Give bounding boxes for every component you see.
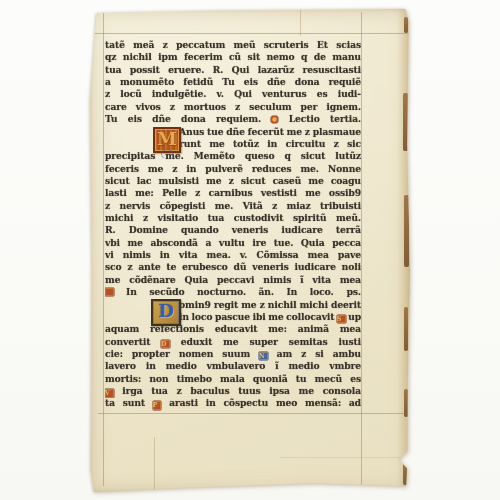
ruling-line-left [103,12,104,486]
line-text: Tu eis dñe dona requiem. [105,114,271,125]
text-line: a monumẽto fetidũ Tu eis dñe dona requiẽ [105,77,361,89]
line-text: Lectio tertia. [278,114,361,125]
line-text: z nervis cõpegisti me. Vitã z miaz tribu… [105,201,361,212]
line-text: qz nichil ipm fecerim cũ sit nemo q de m… [105,52,361,63]
text-line: Tu eis dñe dona requiem. Lectio tertia. [105,114,361,126]
text-line: In secũdo nocturno. ãn. In loco.ps. [105,287,361,299]
lombard-initial [105,288,114,297]
line-text: sicut lac mulsisti me z sicut caseũ me c… [105,176,361,187]
line-text: precipitas me. Memẽto queso q sicut lutũ… [105,151,361,162]
line-text: cie: propter nomen suum [105,349,259,360]
line-text: Anus tue dñe fecerũt me z plasmaue [179,127,361,138]
line-text: michi z visitatio tua custodivit spiritũ… [105,213,361,224]
text-line: Anus tue dñe fecerũt me z plasmaue [105,127,361,139]
line-text: omin9 regit me z nichil michi deerit [179,300,361,311]
text-line: sicut lac mulsisti me z sicut caseũ me c… [105,176,361,188]
line-text: vbi me abscondã a vultu ire tue. Quia pe… [105,238,361,249]
line-text: me cõdẽnare Quia peccavi nimis ĩ vita me… [105,275,361,286]
text-line: convertit D eduxit me super semitas iust… [105,337,361,349]
line-text: sco z ante te erubesco dũ veneris iudica… [105,262,361,273]
line-text: up [346,312,361,323]
text-line: lavero in medio vmbulavero ĩ medio vmbre [105,361,361,373]
line-text: R. Domine quando veneris iudicare terrã [105,225,361,236]
binding-stain [403,461,407,485]
text-line: feceris me z in pulverẽ reduces me. Nonn… [105,164,361,176]
text-block: tatẽ meã z peccatum meũ scruteris Et sci… [105,40,361,411]
line-text: mortis: non timebo mala quoniã tu mecũ e… [105,374,361,385]
line-text: tua possit eruere. R. Qui lazarũz resusc… [105,65,361,76]
line-text: arasti in cõspectu meo mensã: ad [161,398,361,409]
ruling-line-top [90,33,410,34]
lombard-initial: N [259,352,268,361]
line-text: ps. [334,287,361,298]
text-line: ta sunt P arasti in cõspectu meo mensã: … [105,398,361,410]
text-line: tua possit eruere. R. Qui lazarũz resusc… [105,65,361,77]
text-line: V irga tua z baculus tuus ipsa me consol… [105,386,361,398]
crease [280,457,406,458]
line-text: lasti me: Pelle z carnibus vestisti me o… [105,188,361,199]
text-line: z locũ indulgẽtie. v. Qui venturus es iu… [105,89,361,101]
initial-letter: D [158,301,174,322]
text-line: R. Domine quando veneris iudicare terrã [105,225,361,237]
line-text: irga tua z baculus tuus ipsa me consola [114,386,362,397]
ruling-line-right [361,12,362,486]
line-text: convertit [105,337,161,348]
text-line: tatẽ meã z peccatum meũ scruteris Et sci… [105,40,361,52]
text-line: qz nichil ipm fecerim cũ sit nemo q de m… [105,52,361,64]
line-text: am z si ambu [268,349,361,360]
line-text: feceris me z in pulverẽ reduces me. Nonn… [105,164,361,175]
text-line: cie: propter nomen suum N am z si ambu [105,349,361,361]
text-line: vbi me abscondã a vultu ire tue. Quia pe… [105,238,361,250]
text-line: z nervis cõpegisti me. Vitã z miaz tribu… [105,201,361,213]
text-line: michi z visitatio tua custodivit spiritũ… [105,213,361,225]
binding-stain [404,307,408,351]
line-text: aquam refectionis educavit me: animã mea [105,324,361,335]
text-line: precipitas me. Memẽto queso q sicut lutũ… [105,151,361,163]
lombard-initial: V [105,389,114,398]
line-text: In secũdo nocturno. ãn. In loco. [114,287,334,298]
text-line: in loco pascue ibi me collocavit S up [105,312,361,324]
line-text: ta sunt [105,398,153,409]
text-line: omin9 regit me z nichil michi deerit [105,300,361,312]
line-text: lavero in medio vmbulavero ĩ medio vmbre [105,361,361,372]
line-text: runt me totũz in circuitu z sic repente [179,139,361,151]
text-line: care vivos z mortuos z seculum per ignem… [105,102,361,114]
vellum-page: tatẽ meã z peccatum meũ scruteris Et sci… [90,9,410,492]
text-line: sco z ante te erubesco dũ veneris iudica… [105,262,361,274]
text-line: vi nimis in vita mea. v. Cõmissa mea pav… [105,250,361,262]
text-line: aquam refectionis educavit me: animã mea [105,324,361,336]
line-text: z locũ indulgẽtie. v. Qui venturus es iu… [105,89,361,100]
line-text: vi nimis in vita mea. v. Cõmissa mea pav… [105,250,361,261]
text-line: mortis: non timebo mala quoniã tu mecũ e… [105,374,361,386]
crease [300,9,301,36]
initial-letter: M [157,129,177,150]
binding-stain [404,195,409,267]
ruling-line-bottom [98,413,406,414]
line-text: care vivos z mortuos z seculum per ignem… [105,102,361,113]
text-line: me cõdẽnare Quia peccavi nimis ĩ vita me… [105,275,361,287]
photo-background: tatẽ meã z peccatum meũ scruteris Et sci… [0,0,500,500]
illuminated-initial-d: D [151,299,181,326]
crease [154,437,155,491]
binding-stain [403,93,408,151]
line-text: a monumẽto fetidũ Tu eis dñe dona requiẽ [105,77,361,88]
text-line: runt me totũz in circuitu z sic repente [105,139,361,151]
binding-stain [404,17,408,33]
text-lines: tatẽ meã z peccatum meũ scruteris Et sci… [105,40,361,411]
lombard-initial: S [337,315,346,324]
lombard-initial: D [161,340,170,349]
line-text: in loco pascue ibi me collocavit [179,312,337,323]
text-line: lasti me: Pelle z carnibus vestisti me o… [105,188,361,200]
line-text: eduxit me super semitas iusti [170,337,361,348]
line-text: tatẽ meã z peccatum meũ scruteris Et sci… [105,40,361,51]
manuscript-leaf: tatẽ meã z peccatum meũ scruteris Et sci… [90,9,410,492]
